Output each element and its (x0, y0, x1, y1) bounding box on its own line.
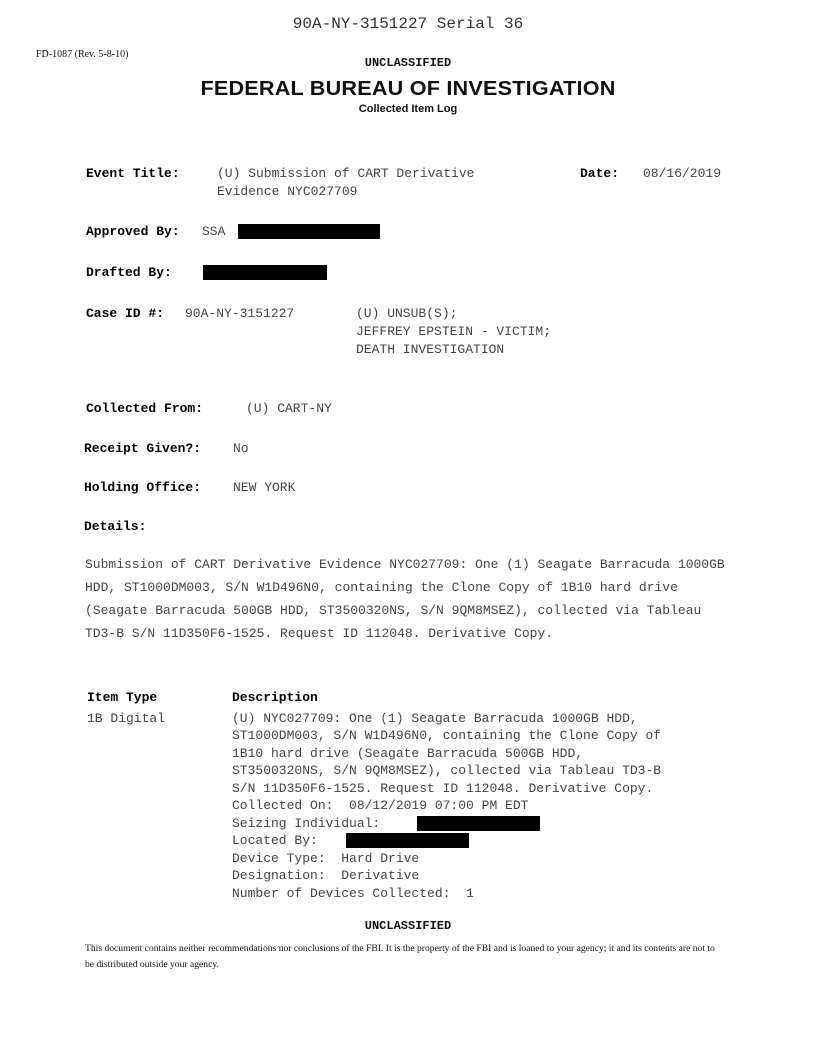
redaction-drafted-by (203, 265, 327, 280)
holding-office-label: Holding Office: (84, 480, 201, 495)
classification-bottom: UNCLASSIFIED (0, 919, 816, 933)
event-title-line-1: (U) Submission of CART Derivative (217, 166, 474, 181)
description-line-4: ST3500320NS, S/N 9QM8MSEZ), collected vi… (232, 762, 661, 779)
agency-title: FEDERAL BUREAU OF INVESTIGATION (0, 78, 816, 101)
event-title-line-2: Evidence NYC027709 (217, 184, 357, 199)
table-header-item-type: Item Type (87, 690, 157, 705)
collected-from-value: (U) CART-NY (246, 401, 332, 416)
drafted-by-label: Drafted By: (86, 265, 172, 280)
description-line-3: 1B10 hard drive (Seagate Barracuda 500GB… (232, 745, 583, 762)
description-line-2: ST1000DM003, S/N W1D496N0, containing th… (232, 727, 661, 744)
form-title: Collected Item Log (0, 103, 816, 115)
details-text: Submission of CART Derivative Evidence N… (85, 553, 725, 645)
case-id-value: 90A-NY-3151227 (185, 306, 294, 321)
case-id-label: Case ID #: (86, 306, 164, 321)
event-title-label: Event Title: (86, 166, 180, 181)
receipt-given-value: No (233, 441, 249, 456)
case-title-line-1: (U) UNSUB(S); (356, 306, 457, 321)
date-value: 08/16/2019 (643, 166, 721, 181)
device-type: Device Type: Hard Drive (232, 850, 419, 867)
table-header-description: Description (232, 690, 318, 705)
collected-on: Collected On: 08/12/2019 07:00 PM EDT (232, 797, 528, 814)
redaction-seizing-individual (417, 816, 540, 831)
details-paragraph: Submission of CART Derivative Evidence N… (85, 553, 725, 645)
serial-number: 90A-NY-3151227 Serial 36 (0, 15, 816, 33)
classification-top: UNCLASSIFIED (0, 56, 816, 70)
designation: Designation: Derivative (232, 867, 419, 884)
number-of-devices: Number of Devices Collected: 1 (232, 885, 474, 902)
details-label: Details: (84, 519, 146, 534)
seizing-individual-label: Seizing Individual: (232, 815, 380, 832)
case-title-line-3: DEATH INVESTIGATION (356, 342, 504, 357)
holding-office-value: NEW YORK (233, 480, 295, 495)
receipt-given-label: Receipt Given?: (84, 441, 201, 456)
date-label: Date: (580, 166, 619, 181)
collected-from-label: Collected From: (86, 401, 203, 416)
disclaimer: This document contains neither recommend… (85, 941, 725, 973)
redaction-located-by (346, 833, 469, 848)
description-line-5: S/N 11D350F6-1525. Request ID 112048. De… (232, 780, 653, 797)
located-by-label: Located By: (232, 832, 318, 849)
item-type-cell: 1B Digital (87, 710, 165, 727)
case-title-line-2: JEFFREY EPSTEIN - VICTIM; (356, 324, 551, 339)
redaction-approved-by (238, 224, 380, 239)
approved-by-value: SSA (202, 224, 225, 239)
approved-by-label: Approved By: (86, 224, 180, 239)
description-line-1: (U) NYC027709: One (1) Seagate Barracuda… (232, 710, 638, 727)
